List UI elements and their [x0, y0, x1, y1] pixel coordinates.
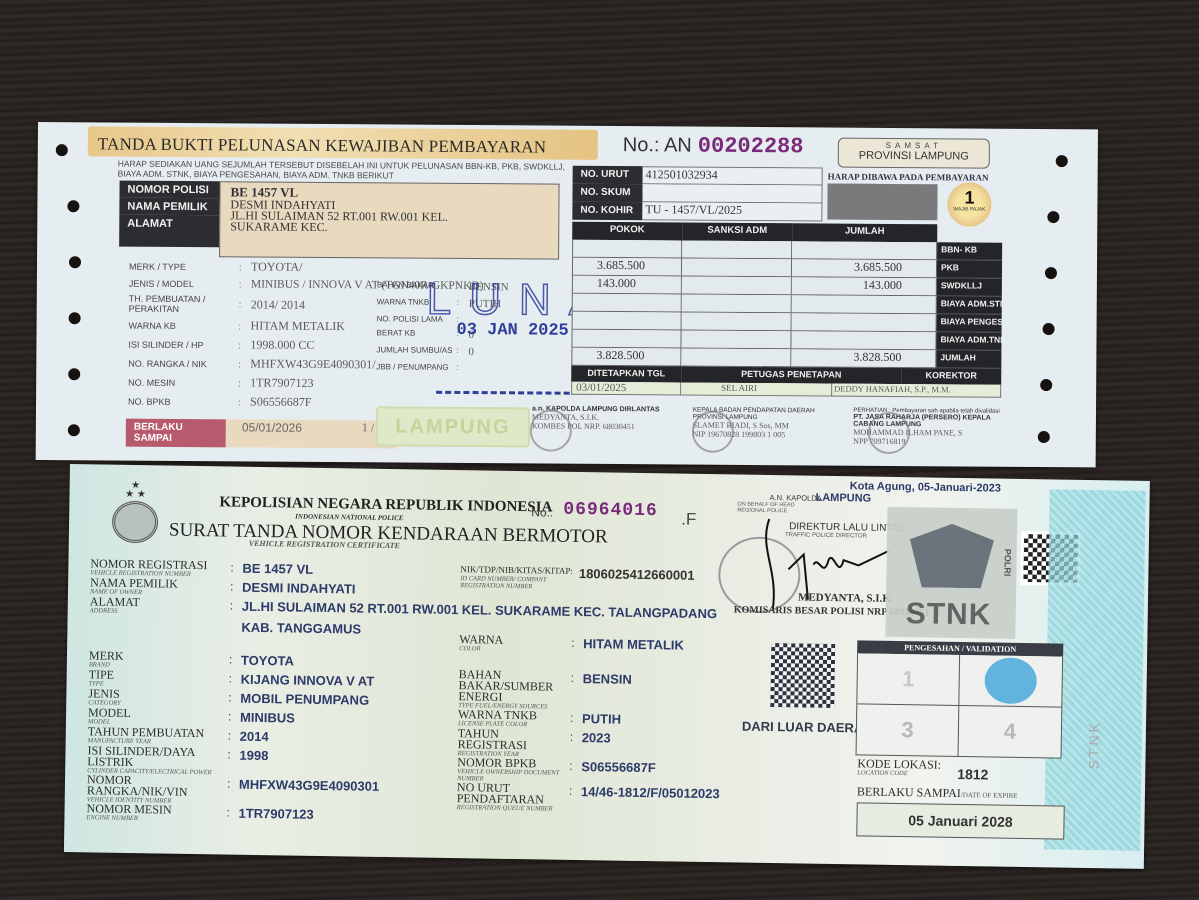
owner-block: NOMOR POLISI NAMA PEMILIK ALAMAT BE 1457… — [119, 181, 560, 260]
label-no-skum: NO. SKUM — [572, 184, 642, 202]
fee-sanksi — [682, 258, 792, 277]
stnk-field-label-en — [90, 617, 230, 619]
label-merk: MERK / TYPE — [129, 261, 239, 272]
validation-cell-4: 4 — [959, 706, 1062, 758]
expiry-label: BERLAKU SAMPAI — [857, 786, 961, 799]
colon: : — [226, 806, 238, 820]
validation-grid: PENGESAHAN / VALIDATION 1 3 4 — [856, 640, 1064, 758]
id-field-en: ID CARD NUMBER/ COMPANY REGISTRATION NUM… — [460, 575, 570, 591]
fee-pokok — [572, 240, 682, 259]
doc-number-prefix: No.: AN — [623, 134, 692, 157]
perforation-hole — [1056, 155, 1068, 167]
label-isi-silinder: ISI SILINDER / HP — [128, 339, 238, 350]
emblem-polri-text: POLRI — [1002, 549, 1012, 577]
perforation-hole — [69, 312, 81, 324]
stnk-field-row: NO URUT PENDAFTARANREGISTRATION QUEUE NU… — [457, 782, 757, 816]
colon: : — [571, 636, 583, 650]
fee-pokok — [572, 294, 682, 313]
colon: : — [571, 671, 583, 685]
stnk-field-label: ISI SILINDER/DAYA LISTRIK — [87, 745, 227, 769]
header-petugas: PETUGAS PENETAPAN — [681, 366, 901, 384]
colon: : — [570, 730, 582, 744]
stnk-field-value: PUTIH — [582, 711, 621, 727]
label-jenis: JENIS / MODEL — [129, 279, 239, 290]
value-sumbu: 0 — [468, 346, 576, 359]
authority-lampung: LAMPUNG — [815, 492, 871, 505]
stnk-field-label-group: NOMOR MESINENGINE NUMBER — [86, 803, 226, 823]
label-rangka: NO. RANGKA / NIK — [128, 358, 238, 369]
value-no-urut: 412501032934 — [643, 166, 823, 185]
fee-pokok — [572, 312, 682, 331]
fee-pokok: 143.000 — [572, 276, 682, 295]
value-no-kohir: TU - 1457/VL/2025 — [642, 202, 822, 221]
origin-note: DARI LUAR DAERAH — [742, 719, 873, 736]
fee-rows: BBN- KB3.685.5003.685.500PKB143.000143.0… — [571, 240, 1002, 369]
id-field-value: 1806025412660001 — [579, 566, 695, 593]
receipt-title: TANDA BUKTI PELUNASAN KEWAJIBAN PEMBAYAR… — [98, 134, 547, 157]
colon: : — [229, 653, 241, 667]
badge-number: 1 — [947, 188, 991, 206]
value-merk: TOYOTA/ — [251, 259, 484, 276]
badge-caption: WAJIB PAJAK — [947, 206, 991, 212]
fee-sanksi — [681, 348, 791, 367]
fee-sanksi — [682, 241, 792, 260]
fee-jumlah: 3.685.500 — [792, 259, 937, 278]
perforation-hole — [68, 424, 80, 436]
expiry-label-row: BERLAKU SAMPAI /DATE OF EXPIRE — [857, 786, 1018, 800]
stnk-header-2-en: VEHICLE REGISTRATION CERTIFICATE — [249, 539, 400, 550]
vehicle-registration-certificate: ★★ ★ KEPOLISIAN NEGARA REPUBLIK INDONESI… — [64, 464, 1150, 869]
label-no-kohir: NO. KOHIR — [572, 202, 642, 220]
label-berat: BERAT KB — [376, 328, 456, 341]
stnk-field-value: KAB. TANGGAMUS — [241, 620, 361, 637]
label-tahun: TH. PEMBUATAN / PERAKITAN — [129, 294, 239, 315]
signatories: a.n. KAPOLDA LAMPUNG DIRLANTAS MEDYANTA,… — [532, 405, 1012, 446]
fee-sanksi — [682, 276, 792, 295]
redacted-area — [827, 184, 937, 221]
label-nama-pemilik: NAMA PEMILIK — [119, 198, 219, 216]
stnk-hologram: POLRI STNK — [885, 507, 1017, 639]
fee-name: BBN- KB — [937, 242, 1002, 260]
samsat-box: SAMSAT PROVINSI LAMPUNG — [838, 138, 990, 169]
fee-jumlah: 143.000 — [792, 277, 937, 296]
stnk-field-value: MHFXW43G9E4090301 — [239, 777, 379, 794]
stamp-date: 03 JAN 2025 — [456, 321, 568, 341]
stnk-field-value: 14/46-1812/F/05012023 — [581, 784, 720, 801]
label-no-urut: NO. URUT — [573, 166, 643, 184]
value-mesin: 1TR7907123 — [250, 375, 483, 392]
perforation-hole — [1045, 267, 1057, 279]
samsat-line2: PROVINSI LAMPUNG — [839, 150, 989, 163]
header-ditetapkan: DITETAPKAN TGL — [571, 366, 681, 383]
header-sanksi: SANKSI ADM — [682, 223, 792, 242]
wajib-pajak-badge: 1 WAJIB PAJAK — [947, 182, 991, 226]
validation-cell-1: 1 — [857, 653, 960, 706]
stnk-doc-suffix: .F — [681, 510, 696, 530]
fee-sanksi — [682, 312, 792, 331]
header-jumlah: JUMLAH — [792, 223, 937, 242]
stnk-field-value: HITAM METALIK — [583, 636, 684, 653]
owner-values: BE 1457 VL DESMI INDAHYATI JL.HI SULAIMA… — [219, 181, 560, 259]
header-pokok: POKOK — [572, 222, 682, 241]
stnk-field-value: 2023 — [582, 730, 611, 745]
colon: : — [229, 672, 241, 686]
fee-name: BIAYA PENGESAHAN — [937, 314, 1002, 332]
stnk-right-fields: WARNACOLOR:HITAM METALIKBAHAN BAKAR/SUMB… — [457, 634, 760, 816]
official-stamp-icon — [692, 411, 734, 453]
stnk-field-value: 1998 — [239, 748, 268, 763]
fee-pokok: 3.685.500 — [572, 258, 682, 277]
location-value: 1812 — [957, 766, 988, 782]
stnk-field-label: BAHAN BAKAR/SUMBER ENERGI — [458, 669, 571, 704]
fee-jumlah — [792, 295, 937, 314]
stnk-field-value: DESMI INDAHYATI — [242, 580, 356, 597]
fee-name: SWDKLLJ — [937, 278, 1002, 296]
fee-sanksi — [681, 330, 791, 349]
stnk-id-field: NIK/TDP/NIB/KITAS/KITAP:ID CARD NUMBER/ … — [460, 564, 695, 593]
fee-name: BIAYA ADM.TNKB — [936, 332, 1001, 350]
issue-place-date: Kota Agung, 05-Januari-2023 — [850, 480, 1001, 494]
fee-jumlah — [792, 241, 937, 260]
label-nomor-polisi: NOMOR POLISI — [119, 181, 219, 199]
tax-payment-receipt: TANDA BUKTI PELUNASAN KEWAJIBAN PEMBAYAR… — [36, 122, 1098, 467]
receipt-instruction: HARAP SEDIAKAN UANG SEJUMLAH TERSEBUT DI… — [118, 159, 588, 182]
fee-name: PKB — [937, 260, 1002, 278]
colon: : — [230, 580, 242, 594]
vertical-stnk-mark: STNK — [1085, 720, 1102, 770]
stnk-field-value: BE 1457 VL — [242, 561, 313, 577]
colon: : — [570, 711, 582, 725]
stnk-field-label: NOMOR RANGKA/NIK/VIN — [87, 774, 227, 798]
fee-name: JUMLAH — [936, 350, 1001, 368]
stnk-field-label-group: TAHUN REGISTRASIREGISTRATION YEAR — [457, 728, 569, 759]
fees-table: POKOK SANKSI ADM JUMLAH BBN- KB3.685.500… — [571, 222, 1002, 398]
stnk-field-value: KIJANG INNOVA V AT — [241, 672, 375, 689]
stnk-field-label-group: BAHAN BAKAR/SUMBER ENERGITYPE FUEL/ENERG… — [458, 669, 571, 711]
stnk-field-value: S06556687F — [581, 759, 656, 775]
fee-jumlah — [791, 331, 936, 350]
label-mesin: NO. MESIN — [128, 377, 238, 388]
colon: : — [228, 729, 240, 743]
stnk-field-value: 2014 — [240, 729, 269, 744]
value-no-skum — [642, 184, 822, 203]
colon: : — [569, 784, 581, 798]
colon: : — [569, 759, 581, 773]
header-korektor: KOREKTOR — [901, 368, 1001, 385]
stnk-field-value: BENSIN — [583, 671, 632, 687]
value-jbb — [468, 363, 576, 373]
validation-cell-3: 3 — [857, 704, 960, 756]
perforation-hole — [1040, 379, 1052, 391]
stnk-field-label-en: COLOR — [459, 645, 571, 654]
perforation-hole — [68, 368, 80, 380]
stnk-field-label-en: ADDRESS — [90, 607, 230, 616]
stnk-field-label — [90, 617, 230, 619]
colon: : — [228, 691, 240, 705]
official-stamp-icon — [530, 409, 572, 451]
label-warna: WARNA KB — [129, 320, 239, 331]
stnk-field-value: TOYOTA — [241, 653, 294, 669]
reference-fields: NO. URUT412501032934 NO. SKUM NO. KOHIRT… — [572, 166, 822, 222]
colon: : — [230, 599, 242, 613]
stnk-field-label: TAHUN REGISTRASI — [458, 728, 570, 752]
polri-shield-icon — [909, 523, 994, 588]
official-stamp-icon — [868, 412, 910, 454]
fee-name: BIAYA ADM.STNK — [937, 296, 1002, 314]
signer-name: MEDYANTA, S.I.K. — [798, 591, 894, 605]
label-alamat: ALAMAT — [119, 215, 219, 248]
validity-row: BERLAKU SAMPAI 05/01/2026 — [126, 419, 398, 449]
label-jbb: JBB / PENUMPANG — [376, 362, 456, 372]
stnk-doc-prefix: No.: — [531, 505, 553, 519]
qr-code-icon — [770, 643, 835, 708]
stnk-field-row: WARNACOLOR:HITAM METALIK — [459, 634, 759, 658]
label-bpkb: NO. BPKB — [128, 396, 238, 407]
validation-cell-2 — [959, 655, 1062, 708]
perforation-hole — [56, 144, 68, 156]
perforation-hole — [1038, 431, 1050, 443]
stnk-field-label-group: ALAMATADDRESS — [90, 596, 230, 616]
stnk-header-1-en: INDONESIAN NATIONAL POLICE — [295, 513, 403, 523]
stnk-field-value: MOBIL PENUMPANG — [240, 691, 369, 708]
colon: : — [228, 710, 240, 724]
label-sumbu: JUMLAH SUMBU/AS — [376, 345, 456, 358]
stnk-field-value: 1TR7907123 — [238, 806, 313, 822]
colon: : — [230, 561, 242, 575]
location-code: KODE LOKASI: LOCATION CODE — [857, 758, 941, 777]
perforation-hole — [1047, 211, 1059, 223]
stnk-field-label-group: NO URUT PENDAFTARANREGISTRATION QUEUE NU… — [457, 782, 569, 813]
expiry-en: /DATE OF EXPIRE — [961, 792, 1018, 800]
fee-pokok — [571, 330, 681, 349]
fee-sanksi — [682, 294, 792, 313]
stnk-field-label-group: WARNACOLOR — [459, 634, 571, 654]
perforation-hole — [1043, 323, 1055, 335]
doc-number: 00202288 — [698, 134, 804, 160]
value-ditetapkan: 03/01/2025 — [571, 382, 681, 396]
value-korektor: DEDDY HANAFIAH, S.P., M.M. — [831, 384, 1001, 398]
stnk-field-label-group — [90, 617, 230, 619]
lampung-watermark: LAMPUNG — [376, 406, 530, 447]
emblem-stnk-text: STNK — [905, 597, 991, 632]
fee-pokok: 3.828.500 — [571, 348, 681, 367]
stnk-doc-number: 06964016 — [563, 500, 658, 521]
vehicle-fields: MERK / TYPE:TOYOTA/ JENIS / MODEL:MINIBU… — [128, 259, 409, 411]
perforation-hole — [67, 200, 79, 212]
expiry-value: 05 Januari 2028 — [856, 802, 1065, 839]
perforation-hole — [69, 256, 81, 268]
berlaku-label: BERLAKU SAMPAI — [126, 419, 226, 448]
fee-jumlah — [792, 313, 937, 332]
validation-stamp-icon — [984, 657, 1037, 704]
stnk-field-value: MINIBUS — [240, 710, 295, 726]
fee-jumlah: 3.828.500 — [791, 349, 936, 368]
colon: : — [227, 777, 239, 791]
stnk-field-label: NO URUT PENDAFTARAN — [457, 782, 569, 806]
colon: : — [227, 748, 239, 762]
police-crest-icon: ★★ ★ — [105, 481, 166, 542]
